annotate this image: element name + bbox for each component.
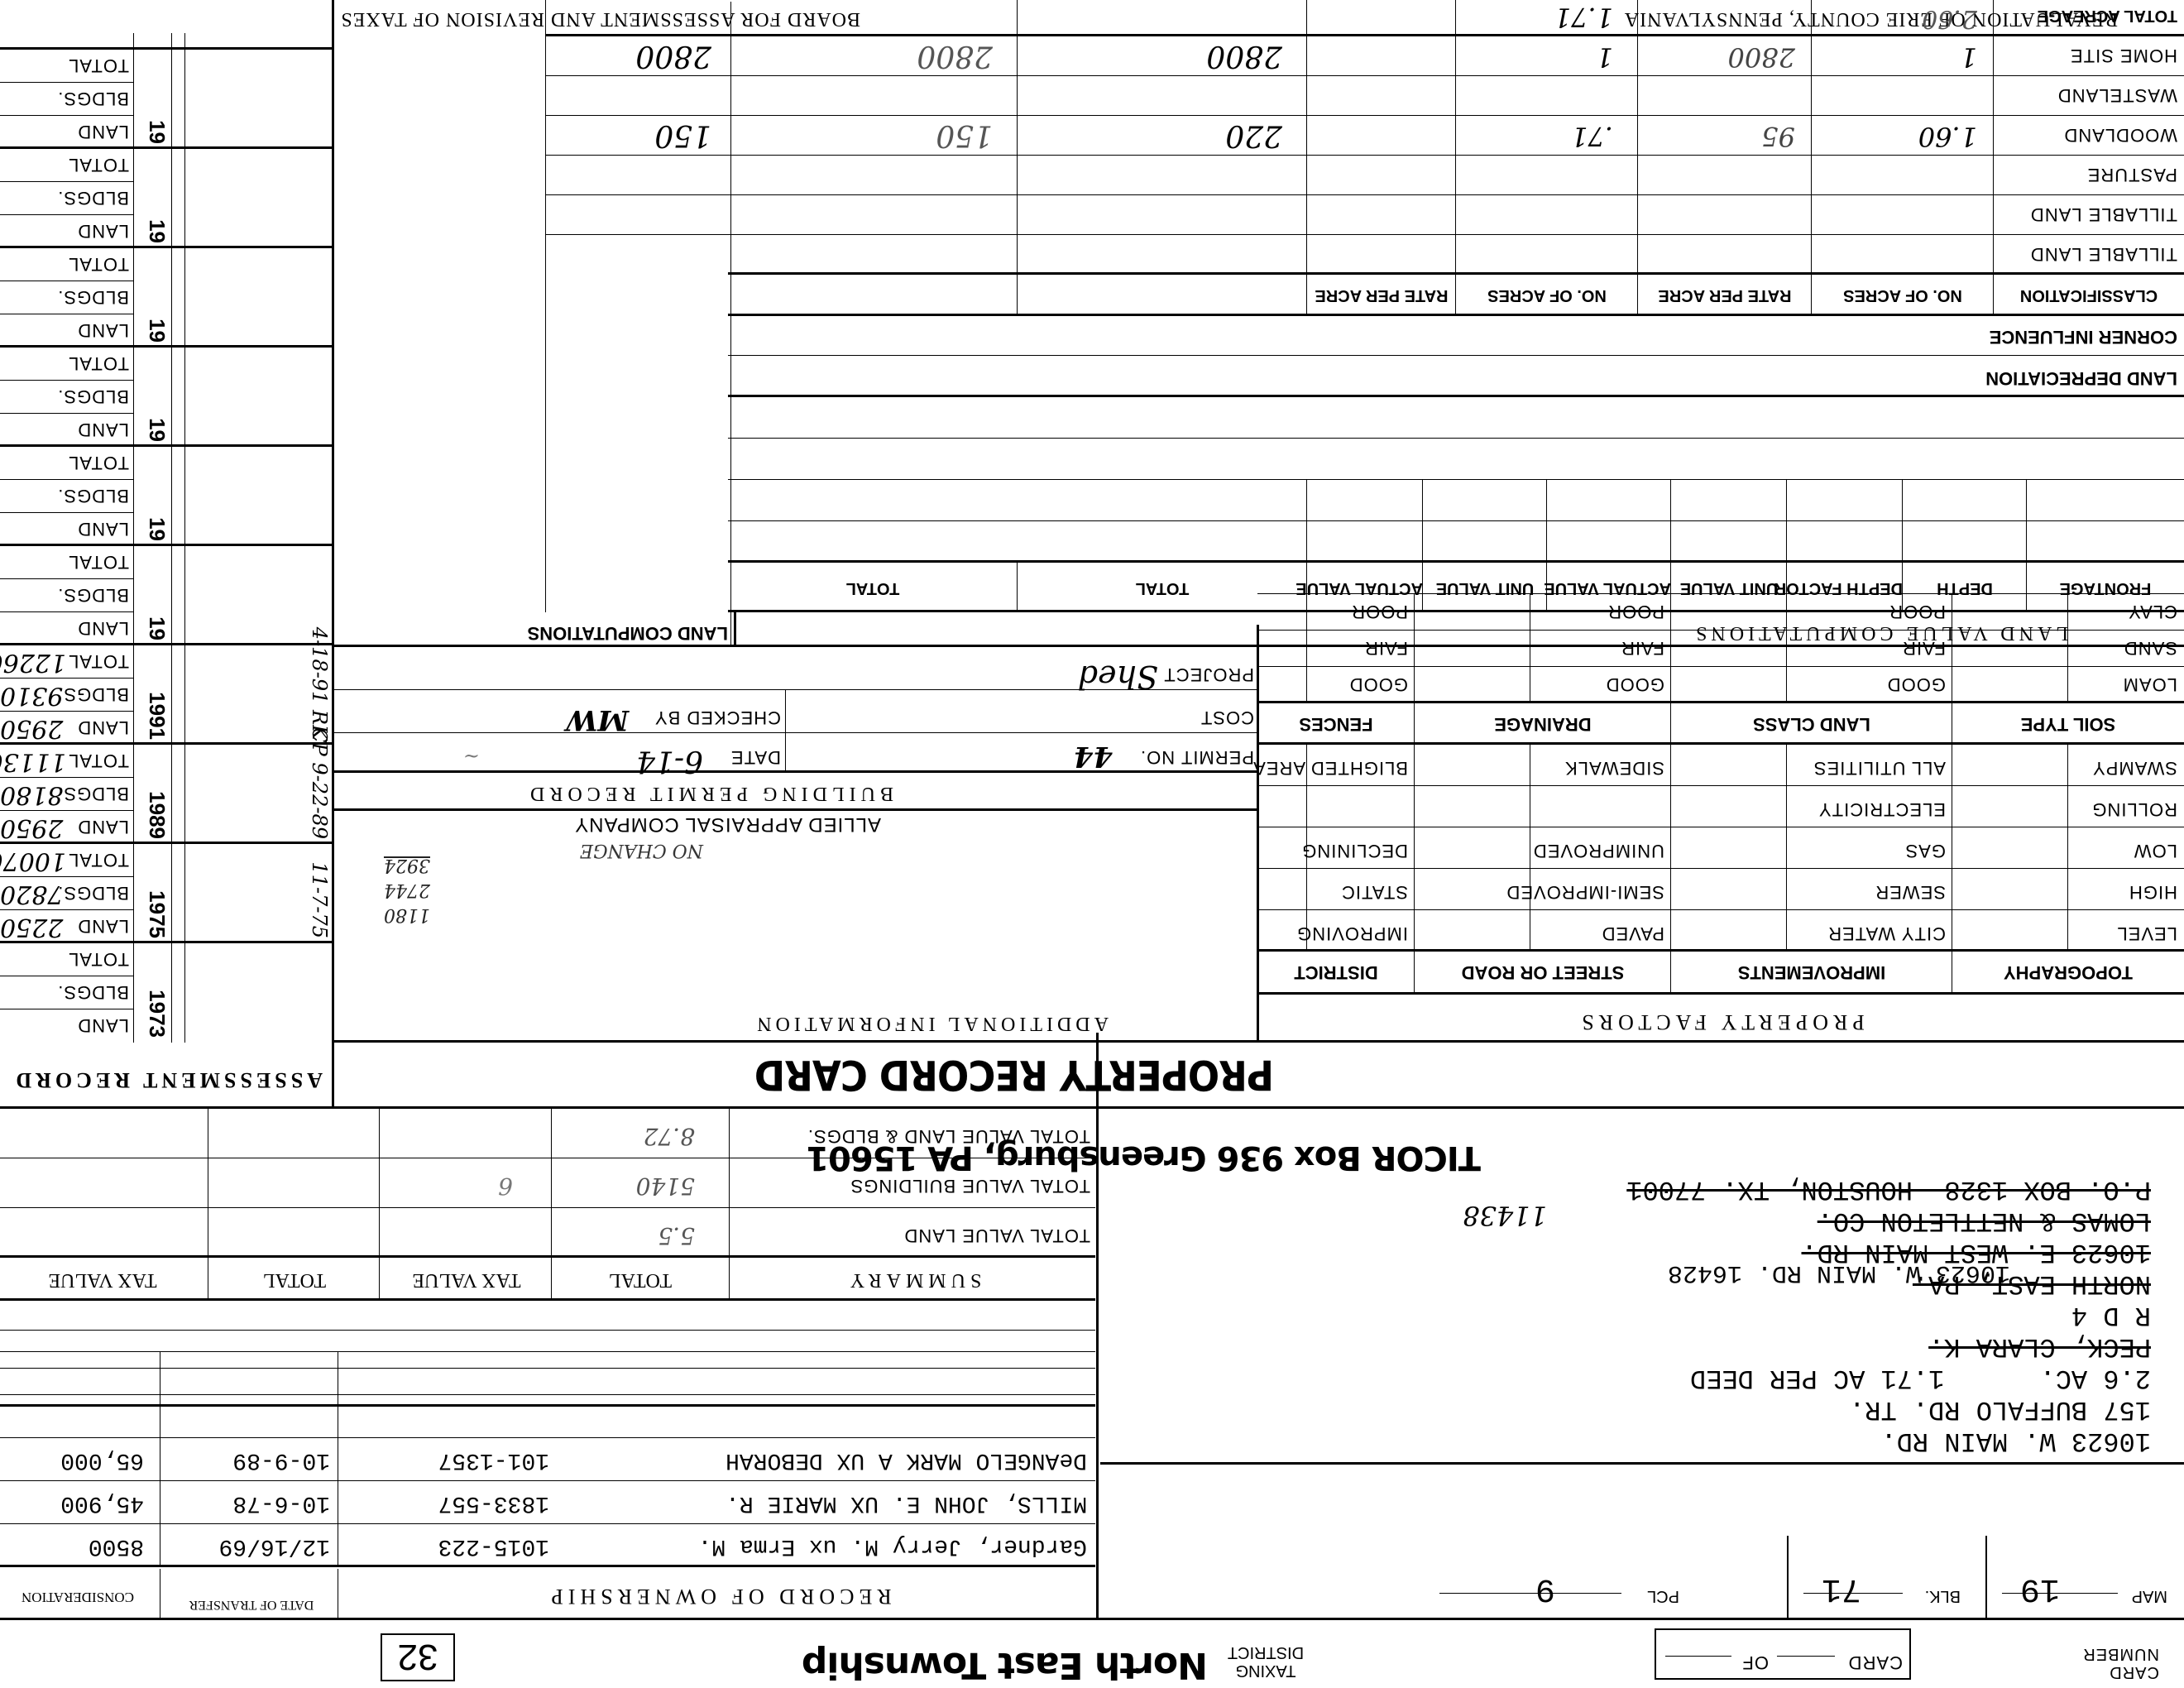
classification-header: RATE PER ACRE <box>1638 285 1812 305</box>
classification-label: TILLABLE LAND <box>2030 204 2177 225</box>
assessment-row-label: LAND <box>77 319 129 341</box>
address-line: PECK, CLARA K. <box>1928 1331 2151 1362</box>
pf-option[interactable]: LEVEL <box>2117 925 2178 942</box>
taxing-district-value: North East Township <box>802 1644 1208 1686</box>
of-label: OF <box>1741 1652 1769 1673</box>
box-number: 32 <box>381 1633 455 1681</box>
assessment-row-label: TOTAL <box>68 452 129 473</box>
card-of-box[interactable]: CARD OF <box>1655 1628 1911 1680</box>
assessment-land-value: 2250 <box>0 913 66 942</box>
assessment-land-value: 2950 <box>0 714 66 743</box>
assessment-row-label: LAND <box>77 220 129 242</box>
acres-2[interactable]: 1 <box>1597 41 1613 73</box>
total-acreage-label: TOTAL ACREAGE <box>2038 6 2177 25</box>
assessment-year: 19 <box>135 219 170 243</box>
pf-option[interactable]: UNIMPROVED <box>1533 842 1664 859</box>
value-3[interactable]: 150 <box>654 118 711 152</box>
assessment-row-label: BLDGS. <box>57 683 129 705</box>
blk-label: BLK. <box>1925 1586 1961 1605</box>
pf-soil-option[interactable]: GOOD <box>1887 674 1946 695</box>
consideration-header: CONSIDERATION <box>0 1589 156 1605</box>
summary-header: SUMMARY TOTAL TAX VALUE TOTAL TAX VALUE <box>0 1259 1095 1297</box>
assessment-year: 1989 <box>135 791 170 839</box>
assessment-note: CP 9-22-89 <box>190 727 331 839</box>
transfer-date: 10-9-89 <box>232 1447 330 1473</box>
figure-1180: 1180 <box>384 902 430 927</box>
summary-total-header-2: TOTAL <box>212 1268 377 1291</box>
lvc-column-header: ACTUAL VALUE <box>1307 578 1423 597</box>
pf-option[interactable]: STATIC <box>1341 884 1408 900</box>
pf-option[interactable]: SEWER <box>1875 884 1946 900</box>
card-label: CARD <box>1848 1652 1903 1673</box>
summary-total: 5140 <box>636 1172 695 1200</box>
assessment-row-label: BLDGS. <box>57 783 129 804</box>
assessment-row-label: TOTAL <box>68 55 129 76</box>
pcl-value: 9 <box>1535 1570 1555 1607</box>
pcl-label: PCL <box>1647 1586 1679 1605</box>
pf-option[interactable]: LOW <box>2134 842 2177 859</box>
assessment-record-title: ASSESSMENT RECORD <box>12 1067 323 1092</box>
address-line: P.O. BOX 1328 HOUSTON, TX. 77001 <box>1626 1174 2151 1205</box>
assessment-row-label: TOTAL <box>68 551 129 573</box>
property-factors-title: PROPERTY FACTORS <box>1257 1009 2184 1034</box>
assessment-bldgs-value: 9310 <box>0 681 66 710</box>
assessment-row-label: LAND <box>77 1014 129 1036</box>
allied-appraisal: ALLIED APPRAISAL COMPANY <box>574 813 881 836</box>
consideration-value: 65,000 <box>60 1447 144 1473</box>
rate-1[interactable]: 95 <box>1761 121 1795 152</box>
summary-row-label: TOTAL VALUE LAND & BLDGS. <box>807 1125 1090 1147</box>
additional-figures: 1180 2744 3924 <box>384 852 430 927</box>
map-label: MAP <box>2132 1586 2167 1605</box>
address-line: R D 4 <box>2071 1300 2151 1331</box>
pf-option[interactable]: DECLINING <box>1301 842 1408 859</box>
value-2[interactable]: 2800 <box>917 39 993 73</box>
address-line: 2.6 AC. 1.71 AC PER DEED <box>1690 1363 2151 1393</box>
owner-name: DeANGELO MARK A UX DEBORAH <box>726 1447 1087 1473</box>
address-line: 157 BUFFALO RD. TR. <box>1849 1394 2151 1425</box>
pf-option[interactable]: SIDEWALK <box>1564 760 1664 776</box>
corner-influence-label: CORNER INFLUENCE <box>1990 326 2177 348</box>
lvc-column-header: DEPTH FACTOR <box>1787 578 1903 597</box>
ownership-title: RECORD OF OWNERSHIP <box>342 1584 1095 1609</box>
owner-name: Gardner, Jerry M. ux Erma M. <box>698 1533 1087 1559</box>
checked-by-label: CHECKED BY <box>654 707 781 728</box>
assessment-total-value: 11130 <box>0 747 66 776</box>
land-depreciation-label: LAND DEPRECIATION <box>1985 367 2177 389</box>
assessment-row-label: BLDGS. <box>57 286 129 308</box>
assessment-year: 19 <box>135 120 170 144</box>
pf-soil-option[interactable]: POOR <box>1607 601 1664 622</box>
lvc-column-header: UNIT VALUE <box>1423 578 1547 597</box>
assessment-row-label: TOTAL <box>68 253 129 275</box>
project-value[interactable]: Shed <box>1078 659 1158 695</box>
footer-board: BOARD FOR ASSESSMENT AND REVISION OF TAX… <box>340 7 860 30</box>
deed-book-page: 1833-557 <box>438 1490 549 1516</box>
assessment-row-label: LAND <box>77 915 129 937</box>
assessment-row-label: LAND <box>77 617 129 639</box>
pf-soil-option[interactable]: FAIR <box>1364 637 1408 659</box>
handwritten-number: 11438 <box>1463 1200 1547 1231</box>
blk-value: 71 <box>1822 1570 1861 1607</box>
date-label: DATE <box>730 746 781 768</box>
permit-no-label: PERMIT NO. <box>1140 746 1254 768</box>
classification-label: TILLABLE LAND <box>2030 243 2177 265</box>
ownership-row: DeANGELO MARK A UX DEBORAH101-135710-9-8… <box>0 1438 1095 1481</box>
parcel-id: MAP 19 BLK. 71 PCL 9 <box>1100 1465 2184 1618</box>
assessment-row-label: TOTAL <box>68 154 129 175</box>
assessment-year: 1991 <box>135 692 170 740</box>
lvc-column-header: DEPTH <box>1903 578 2027 597</box>
date-of-transfer-header: DATE OF TRANSFER <box>169 1597 334 1612</box>
classification-header: NO. OF ACRES <box>1812 285 1994 305</box>
pf-option[interactable]: ELECTRICITY <box>1818 801 1946 818</box>
pf-option[interactable]: IMPROVING <box>1296 925 1408 942</box>
address-line: LOMAS & NETTLETON CO. <box>1818 1206 2151 1236</box>
date-value[interactable]: 6-14 <box>636 744 703 778</box>
assessment-row-label: LAND <box>77 518 129 539</box>
classification-label: WASTELAND <box>2057 84 2177 106</box>
summary-total-header: TOTAL <box>553 1268 727 1291</box>
acres-1[interactable]: 1 <box>1961 41 1977 73</box>
project-label: PROJECT <box>1163 664 1254 685</box>
pf-soil-option[interactable]: POOR <box>1889 601 1946 622</box>
date-scribble: ~ <box>463 745 480 768</box>
consideration-value: 45,900 <box>60 1490 144 1516</box>
rate-1[interactable]: 2800 <box>1728 41 1795 73</box>
assessment-year: 19 <box>135 517 170 541</box>
property-record-card: CARD NUMBER CARD OF TAXING DISTRICT Nort… <box>0 0 2184 1688</box>
value-2[interactable]: 150 <box>936 118 993 152</box>
assessment-row-label: BLDGS. <box>57 88 129 109</box>
assessment-row-label: BLDGS. <box>57 187 129 209</box>
assessment-row-label: LAND <box>77 816 129 837</box>
classification-header: NO. OF ACRES <box>1456 285 1638 305</box>
assessment-row-label: TOTAL <box>68 352 129 374</box>
checked-by-value[interactable]: MW <box>566 703 629 736</box>
lvc-column-header: ACTUAL VALUE <box>1547 578 1671 597</box>
card-number-label: CARD NUMBER <box>2068 1645 2159 1681</box>
acres-1[interactable]: 1.60 <box>1918 121 1977 152</box>
pf-option[interactable]: HIGH <box>2129 884 2177 900</box>
lvc-column-header: FRONTAGE <box>2027 578 2184 597</box>
ownership-row: MILLS, JOHN E. UX MARIE R.1833-55710-6-7… <box>0 1481 1095 1524</box>
pf-option[interactable]: CITY WATER <box>1827 925 1946 942</box>
classification-label: WOODLAND <box>2063 124 2177 146</box>
deed-book-page: 101-1357 <box>438 1447 549 1473</box>
figure-3924: 3924 <box>384 852 430 877</box>
assessment-row-label: BLDGS. <box>57 981 129 1003</box>
assessment-bldgs-value: 8180 <box>0 780 66 809</box>
pf-soil-option[interactable]: GOOD <box>1349 674 1408 695</box>
owner-name: MILLS, JOHN E. UX MARIE R. <box>726 1490 1087 1516</box>
assessment-row-label: TOTAL <box>68 750 129 771</box>
summary-total: 5.5 <box>658 1222 695 1249</box>
land-computations-label: LAND COMPUTATIONS <box>528 622 728 644</box>
pf-soil-option[interactable]: FAIR <box>1902 637 1946 659</box>
ownership-header: RECORD OF OWNERSHIP DATE OF TRANSFER CON… <box>0 1569 1095 1618</box>
pf-header-2: DRAINAGE <box>1415 713 1671 735</box>
classification-label: HOME SITE <box>2070 45 2177 66</box>
summary-row-label: TOTAL VALUE BUILDINGS <box>850 1175 1090 1196</box>
pf-option[interactable]: PAVED <box>1602 925 1664 942</box>
assessment-row-label: LAND <box>77 121 129 142</box>
summary-total: 8.72 <box>644 1123 695 1150</box>
pf-soil-option[interactable]: FAIR <box>1621 637 1664 659</box>
pf-option[interactable]: BLIGHTED AREA <box>1252 760 1408 776</box>
value-1[interactable]: 2800 <box>1206 39 1282 73</box>
building-permit-title: BUILDING PERMIT RECORD <box>525 782 893 804</box>
assessment-bldgs-value: 7820 <box>0 880 66 909</box>
consideration-value: 8500 <box>89 1533 144 1559</box>
assessment-year: 1973 <box>135 990 170 1038</box>
assessment-total-value: 10070 <box>0 846 66 875</box>
summary-title: SUMMARY <box>731 1268 1095 1291</box>
land-value-computations-title: LAND VALUE COMPUTATIONS <box>1692 621 2068 644</box>
pf-header: IMPROVEMENTS <box>1671 961 1952 983</box>
lvc-column-header: TOTAL <box>1018 578 1307 597</box>
address-line: 10623 W. MAIN RD. <box>1881 1426 2151 1456</box>
pf-soil-option[interactable]: SAND <box>2124 637 2177 659</box>
total-acreage-2: 1.71 <box>1554 2 1613 33</box>
summary-tax-value-header: TAX VALUE <box>384 1268 549 1291</box>
pf-soil-option[interactable]: LOAM <box>2123 674 2177 695</box>
pf-option[interactable]: GAS <box>1905 842 1946 859</box>
assessment-year: 19 <box>135 616 170 640</box>
permit-no-value[interactable]: 44 <box>1074 740 1113 773</box>
assessment-note: 11-7-75 <box>190 861 331 938</box>
pf-header-2: FENCES <box>1257 713 1415 735</box>
figure-2744: 2744 <box>384 877 430 902</box>
pf-soil-option[interactable]: CLAY <box>2128 601 2177 622</box>
pf-header-2: LAND CLASS <box>1671 713 1952 735</box>
blank-banner-left <box>1257 1026 2184 1109</box>
pf-option[interactable]: SWAMPY <box>2092 760 2177 776</box>
transfer-date: 10-6-78 <box>232 1490 330 1516</box>
classification-header: RATE PER ACRE <box>1307 285 1456 305</box>
lvc-column-header: TOTAL <box>728 578 1018 597</box>
map-value: 19 <box>2020 1570 2060 1607</box>
taxing-district-label: TAXING DISTRICT <box>1216 1643 1315 1680</box>
assessment-note: 4-18-91 RK <box>190 627 331 740</box>
pf-soil-option[interactable]: POOR <box>1351 601 1408 622</box>
total-acreage-1: 2.60 <box>1922 4 1977 33</box>
value-3[interactable]: 2800 <box>635 39 711 73</box>
assessment-row-label: LAND <box>77 419 129 440</box>
ownership-row <box>0 1352 1095 1395</box>
assessment-row-label: TOTAL <box>68 849 129 870</box>
pf-option[interactable]: ALL UTILITIES <box>1813 760 1946 776</box>
assessment-year: 19 <box>135 319 170 343</box>
assessment-row-label: LAND <box>77 717 129 738</box>
assessment-row-label: TOTAL <box>68 948 129 970</box>
pf-header-2: SOIL TYPE <box>1952 713 2184 735</box>
classification-header: CLASSIFICATION <box>1994 285 2184 305</box>
assessment-year: 1975 <box>135 890 170 938</box>
assessment-year: 19 <box>135 418 170 442</box>
value-1[interactable]: 220 <box>1225 118 1282 152</box>
lvc-column-header: UNIT VALUE <box>1671 578 1787 597</box>
assessment-row-label: BLDGS. <box>57 882 129 904</box>
transfer-date: 12/16/69 <box>219 1533 330 1559</box>
pf-option[interactable]: ROLLING <box>2091 801 2177 818</box>
summary-tax-value-header-2: TAX VALUE <box>0 1268 206 1291</box>
cost-label: COST <box>1200 707 1254 728</box>
acres-2[interactable]: .71 <box>1571 121 1613 152</box>
assessment-total-value: 12260 <box>0 648 66 677</box>
summary-tax-value: 6 <box>498 1172 513 1200</box>
deed-book-page: 1015-223 <box>438 1533 549 1559</box>
assessment-row-label: TOTAL <box>68 650 129 672</box>
no-change-note: NO CHANGE <box>580 840 703 861</box>
classification-label: PASTURE <box>2087 164 2177 185</box>
additional-info-title: ADDITIONAL INFORMATION <box>753 1012 1109 1034</box>
assessment-row-label: BLDGS. <box>57 584 129 606</box>
pf-header: DISTRICT <box>1257 961 1415 983</box>
ownership-row <box>0 1395 1095 1438</box>
new-address: 10623 W. MAIN RD. 16428 <box>1668 1259 2010 1287</box>
pf-header: TOPOGRAPHY <box>1952 961 2184 983</box>
assessment-row-label: BLDGS. <box>57 485 129 506</box>
assessment-land-value: 2950 <box>0 813 66 842</box>
assessment-row-label: BLDGS. <box>57 386 129 407</box>
summary-row-label: TOTAL VALUE LAND <box>904 1225 1090 1246</box>
pf-header: STREET OR ROAD <box>1415 961 1671 983</box>
ownership-row: Gardner, Jerry M. ux Erma M.1015-22312/1… <box>0 1524 1095 1567</box>
pf-soil-option[interactable]: GOOD <box>1606 674 1664 695</box>
banner-title: PROPERTY RECORD CARD <box>755 1051 1274 1099</box>
